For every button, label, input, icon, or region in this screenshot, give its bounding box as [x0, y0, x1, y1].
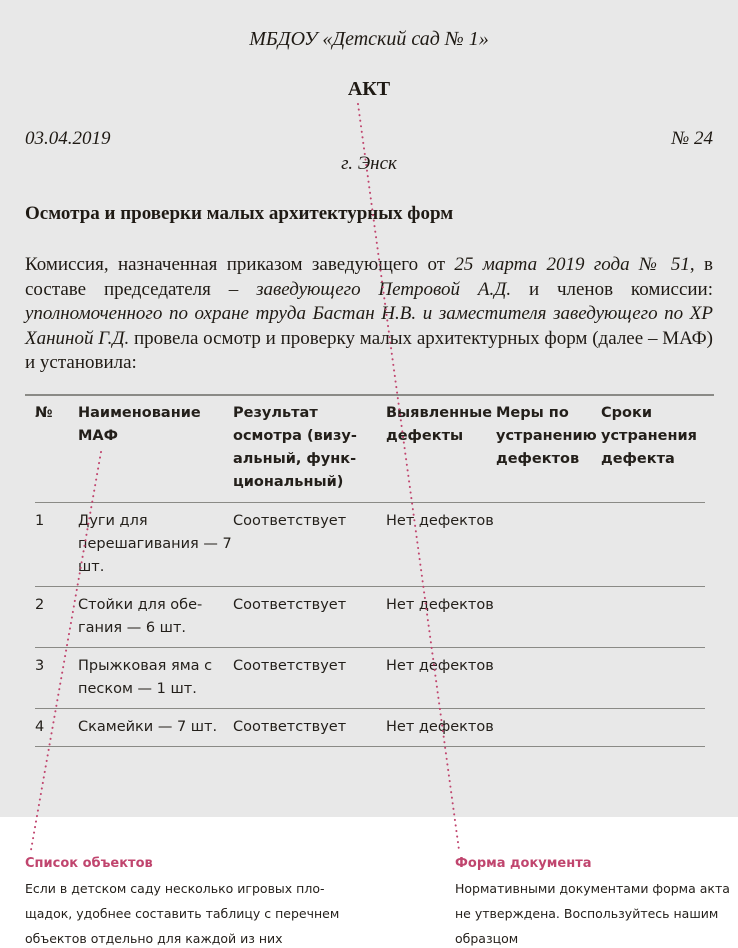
body-text: Комиссия, назначенная приказом заведующе…	[25, 254, 454, 275]
table-cell: Нет дефектов	[386, 503, 496, 587]
table-row: 1Дуги для перешагива­ния — 7 шт.Соответс…	[35, 503, 705, 587]
annotation-objects-list: Список объектов Если в детском саду неск…	[25, 851, 355, 948]
body-italic: 25 марта 2019 года № 51	[454, 254, 689, 275]
table-cell	[496, 587, 601, 648]
table-cell: Соответствует	[233, 587, 386, 648]
body-text: и членов комиссии:	[511, 279, 713, 300]
table-row: 3Прыжковая яма с песком — 1 шт.Соответст…	[35, 648, 705, 709]
table-header-row: № Наименование МАФ Результат осмотра (ви…	[35, 396, 705, 503]
document-city: г. Энск	[0, 153, 738, 175]
table-cell: Скамейки — 7 шт.	[78, 709, 233, 747]
table-cell: Нет дефектов	[386, 709, 496, 747]
table-cell: 1	[35, 503, 78, 587]
table-cell: Соответствует	[233, 503, 386, 587]
table-cell: 4	[35, 709, 78, 747]
header-name: Наименование МАФ	[78, 396, 233, 503]
table-cell: Соответствует	[233, 709, 386, 747]
annotation-heading: Список объектов	[25, 851, 355, 876]
table-cell: 3	[35, 648, 78, 709]
table-cell: Соответствует	[233, 648, 386, 709]
annotation-text: Нормативными документами форма акта не у…	[455, 876, 735, 948]
header-defects: Выяв­ленные дефекты	[386, 396, 496, 503]
table-cell	[496, 709, 601, 747]
header-deadline: Сроки устранения дефекта	[601, 396, 705, 503]
table-cell: Стойки для обе­гания — 6 шт.	[78, 587, 233, 648]
document-body: Комиссия, назначенная приказом заведующе…	[25, 253, 713, 376]
document-title: АКТ	[0, 78, 738, 101]
header-result: Результат осмотра (визу­альный, функ­цио…	[233, 396, 386, 503]
table-cell	[496, 503, 601, 587]
document-subject: Осмотра и проверки малых архитектурных ф…	[25, 203, 453, 225]
table-cell	[601, 648, 705, 709]
table-cell	[601, 709, 705, 747]
body-italic: заведующего Петровой А.Д.	[256, 279, 511, 300]
annotation-document-form: Форма документа Нормативными документами…	[455, 851, 735, 948]
table-cell: Прыжковая яма с песком — 1 шт.	[78, 648, 233, 709]
table-row: 2Стойки для обе­гания — 6 шт.Соответству…	[35, 587, 705, 648]
document-number: № 24	[671, 128, 713, 150]
header-number: №	[35, 396, 78, 503]
annotation-text: Если в детском саду несколько игровых пл…	[25, 876, 355, 948]
table-cell	[601, 503, 705, 587]
maf-table: № Наименование МАФ Результат осмотра (ви…	[35, 396, 705, 747]
table-cell: Нет дефектов	[386, 648, 496, 709]
table-cell	[496, 648, 601, 709]
body-text: провела осмотр и проверку малых архитект…	[25, 328, 713, 374]
table-cell	[601, 587, 705, 648]
table-row: 4Скамейки — 7 шт.СоответствуетНет дефект…	[35, 709, 705, 747]
table-cell: Дуги для перешагива­ния — 7 шт.	[78, 503, 233, 587]
header-measures: Меры по устра­нению дефектов	[496, 396, 601, 503]
table-cell: 2	[35, 587, 78, 648]
organization-name: МБДОУ «Детский сад № 1»	[0, 28, 738, 51]
table-cell: Нет дефектов	[386, 587, 496, 648]
document-date: 03.04.2019	[25, 128, 111, 150]
annotation-heading: Форма документа	[455, 851, 735, 876]
